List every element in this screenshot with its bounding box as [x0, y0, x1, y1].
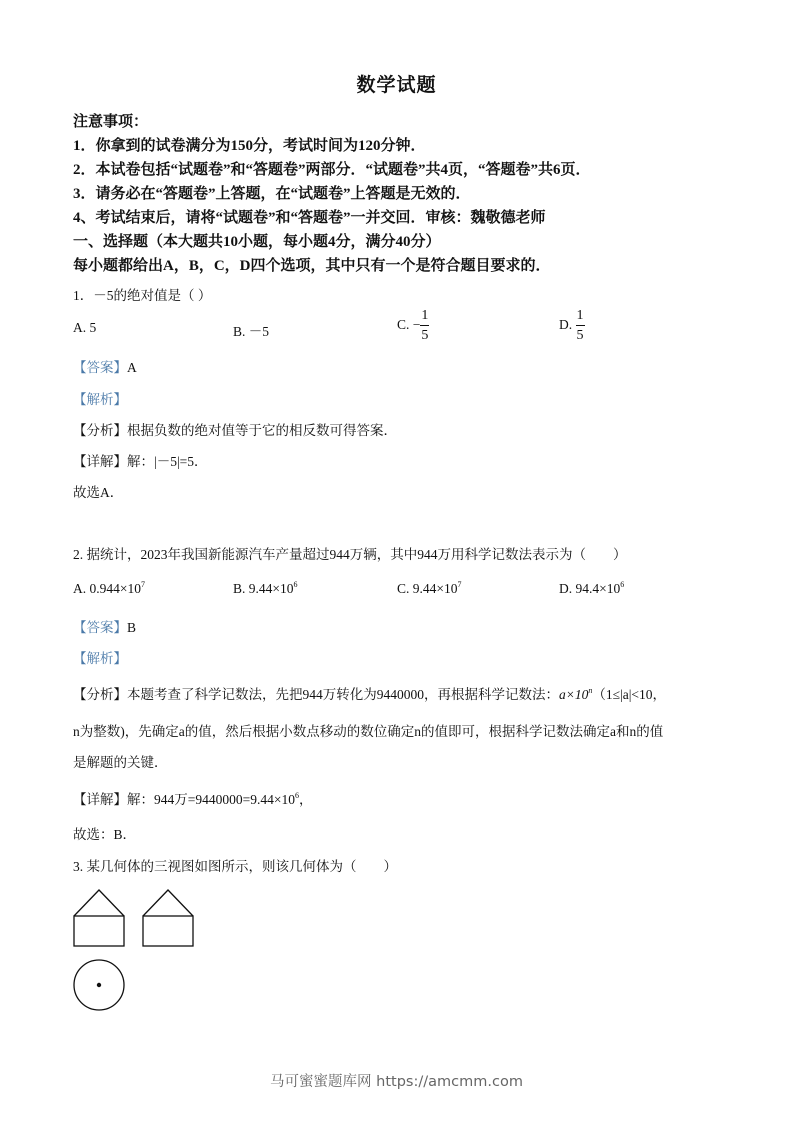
- top-view: [74, 960, 124, 1010]
- option-value: 5: [90, 320, 97, 335]
- answer-value: A: [127, 360, 137, 375]
- question-2-option-b: B. 9.44×106: [233, 580, 298, 597]
- question-2-option-c: C. 9.44×107: [397, 580, 462, 597]
- option-label: A.: [73, 320, 86, 335]
- front-view: [74, 890, 124, 946]
- option-sign: −: [413, 317, 421, 332]
- section-heading: 一、选择题（本大题共10小题，每小题4分，满分40分）: [73, 230, 441, 251]
- question-2-fenxi-line-1: 【分析】本题考查了科学记数法，先把944万转化为9440000，再根据科学记数法…: [73, 683, 666, 703]
- question-2-fenxi-line-3: 是解题的关键．: [73, 751, 168, 771]
- option-label: C.: [397, 317, 409, 332]
- question-1-option-c: C. −15: [397, 309, 429, 343]
- question-1-answer: 【答案】A: [73, 356, 137, 376]
- footer-watermark: 马可蜜蜜题库网 https://amcmm.com: [0, 1070, 793, 1091]
- section-instruction: 每小题都给出A，B，C，D四个选项，其中只有一个是符合题目要求的．: [73, 254, 551, 275]
- question-1-detail: 【详解】解：|－5|=5．: [73, 450, 208, 470]
- option-label: D.: [559, 317, 572, 332]
- answer-value: B: [127, 620, 136, 635]
- detail-tag: 【详解】: [73, 454, 127, 469]
- question-2-stem: 2. 据统计，2023年我国新能源汽车产量超过944万辆，其中944万用科学记数…: [73, 543, 627, 563]
- question-3-stem: 3. 某几何体的三视图如图所示，则该几何体为（ ）: [73, 855, 397, 875]
- question-2-conclusion: 故选：B．: [73, 823, 136, 843]
- notice-heading: 注意事项：: [73, 110, 148, 131]
- three-view-figure: [70, 885, 210, 1015]
- notice-item-1: 1．你拿到的试卷满分为150分，考试时间为120分钟．: [73, 134, 426, 155]
- question-1-stem: 1．－5的绝对值是（ ）: [73, 284, 211, 304]
- question-2-option-a: A. 0.944×107: [73, 580, 145, 597]
- question-2-fenxi-line-2: n为整数)，先确定a的值，然后根据小数点移动的数位确定n的值即可，根据科学记数法…: [73, 720, 663, 740]
- question-1-analysis-tag: 【解析】: [73, 388, 127, 408]
- question-1-fenxi: 【分析】根据负数的绝对值等于它的相反数可得答案．: [73, 419, 397, 439]
- fenxi-tag: 【分析】: [73, 423, 127, 438]
- option-label: B.: [233, 324, 245, 339]
- notice-item-3: 3．请务必在“答题卷”上答题，在“试题卷”上答题是无效的．: [73, 182, 471, 203]
- fraction: 15: [576, 309, 585, 343]
- side-view: [143, 890, 193, 946]
- question-1-conclusion: 故选A．: [73, 481, 123, 501]
- answer-tag: 【答案】: [73, 360, 127, 375]
- question-2-answer: 【答案】B: [73, 616, 136, 636]
- notice-item-2: 2．本试卷包括“试题卷”和“答题卷”两部分．“试题卷”共4页，“答题卷”共6页．: [73, 158, 591, 179]
- question-2-detail: 【详解】解：944万=9440000=9.44×106，: [73, 788, 312, 808]
- question-1-option-a: A. 5: [73, 320, 96, 336]
- question-1-option-b: B. －5: [233, 320, 269, 340]
- question-2-analysis-tag: 【解析】: [73, 647, 127, 667]
- question-2-option-d: D. 94.4×106: [559, 580, 624, 597]
- page-title: 数学试题: [0, 70, 793, 97]
- answer-tag: 【答案】: [73, 620, 127, 635]
- notice-item-4: 4、考试结束后，请将“试题卷”和“答题卷”一并交回．审核：魏敬德老师: [73, 206, 546, 227]
- fraction: 15: [420, 309, 429, 343]
- question-1-option-d: D. 15: [559, 309, 585, 343]
- option-value: －5: [249, 324, 269, 339]
